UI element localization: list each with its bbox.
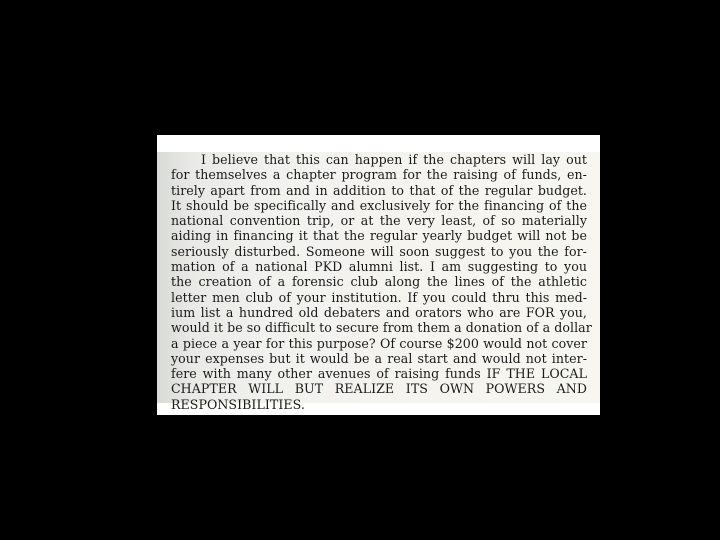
text-line: mation of a national PKD alumni list. I … — [171, 259, 587, 274]
text-line: ium list a hundred old debaters and orat… — [171, 305, 587, 320]
text-line: RESPONSIBILITIES. — [171, 397, 587, 412]
text-line: tirely apart from and in addition to tha… — [171, 183, 587, 198]
text-line: I believe that this can happen if the ch… — [171, 152, 587, 167]
text-line: CHAPTER WILL BUT REALIZE ITS OWN POWERS … — [171, 381, 587, 396]
text-line: seriously disturbed. Someone will soon s… — [171, 244, 587, 259]
paragraph: I believe that this can happen if the ch… — [171, 152, 587, 412]
scanned-page: I believe that this can happen if the ch… — [157, 135, 600, 415]
text-line: would it be so difficult to secure from … — [171, 320, 587, 335]
text-line: fere with many other avenues of raising … — [171, 366, 587, 381]
text-line: your expenses but it would be a real sta… — [171, 351, 587, 366]
text-line: letter men club of your institution. If … — [171, 290, 587, 305]
text-line: the creation of a forensic club along th… — [171, 274, 587, 289]
paper-background: I believe that this can happen if the ch… — [157, 152, 600, 403]
text-line: a piece a year for this purpose? Of cour… — [171, 336, 587, 351]
text-line: for themselves a chapter program for the… — [171, 167, 587, 182]
text-line: national convention trip, or at the very… — [171, 213, 587, 228]
text-line: aiding in financing it that the regular … — [171, 228, 587, 243]
text-line: It should be specifically and exclusivel… — [171, 198, 587, 213]
